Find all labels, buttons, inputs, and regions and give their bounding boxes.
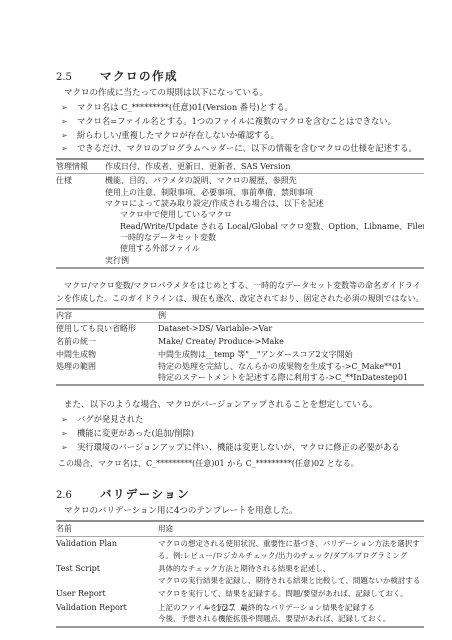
row-content: マクロの想定される使用状況、重要性に基づき、バリデーション方法を選択す る。例:… — [158, 538, 424, 561]
table-row: Test Script 具体的なチェック方法と期待される結果を記述し、 マクロの… — [56, 562, 424, 587]
section-heading-validation: 2.6 バリデーション — [56, 486, 424, 502]
section-heading-macro: 2.5 マクロの作成 — [56, 68, 424, 84]
row-content: マクロを実行して、結果を記録する。問題/要望があれば、記録しておく。 — [158, 588, 424, 600]
macro-intro-paragraph: マクロの作成に当たっての規則は以下になっている。 — [56, 86, 424, 100]
document-page: 2.5 マクロの作成 マクロの作成に当たっての規則は以下になっている。 ➢ マク… — [0, 0, 452, 640]
column-header: 内容 — [56, 311, 158, 322]
table-cell-line: る。例:レビュー/ロジカルチェック/出力のチェック/ダブルプログラミング — [158, 550, 424, 562]
list-item-text: できるだけ、マクロのプログラムヘッダーに、以下の情報を含むマクロの仕様を記述する… — [77, 142, 424, 156]
row-label: 中間生成物 — [56, 350, 158, 361]
row-label: 名前の統一 — [56, 337, 158, 348]
column-header: 名前 — [56, 523, 158, 535]
macro-header-spec-table: 管理情報 作成日付、作成者、更新日、更新者、SAS Version 仕様 機能、… — [56, 158, 424, 269]
naming-guideline-table: 内容 例 使用しても良い省略形 Dataset->DS/ Variable->V… — [56, 308, 424, 387]
table-row: Validation Plan マクロの想定される使用状況、重要性に基づき、バリ… — [56, 537, 424, 562]
table-row: 管理情報 作成日付、作成者、更新日、更新者、SAS Version — [56, 160, 424, 174]
table-row: 処理の範囲 特定の処理を完結し、なんらかの成果物を生成する->C_Make**0… — [56, 361, 424, 384]
row-label: 処理の範囲 — [56, 362, 158, 383]
versionup-case-list: ➢ バグが発見された ➢ 機能に変更があった(追加/削除) ➢ 実行環境のバージ… — [56, 413, 424, 454]
row-content: Dataset->DS/ Variable->Var — [158, 324, 424, 335]
page-content: 2.5 マクロの作成 マクロの作成に当たっての規則は以下になっている。 ➢ マク… — [56, 68, 424, 628]
list-item: ➢ バグが発見された — [61, 413, 424, 427]
list-item: ➢ 実行環境のバージョンアップに伴い、機能は変更しないが、マクロに修正の必要があ… — [61, 441, 424, 455]
column-header: 例 — [158, 311, 424, 322]
list-item-text: バグが発見された — [77, 413, 424, 427]
row-label: 使用しても良い省略形 — [56, 324, 158, 335]
list-item-text: 紛らわしい/重複したマクロが存在しないか確認する。 — [77, 129, 424, 143]
validation-intro-paragraph: マクロのバリデーション用に4つのテンプレートを用意した。 — [56, 504, 424, 518]
list-item: ➢ マクロ名=ファイル名とする。1つのファイルに複数のマクロを含むことはできない… — [61, 115, 424, 129]
page-number: − 127 − — [0, 604, 452, 614]
column-header: 用途 — [158, 523, 424, 535]
table-row: 仕様 機能、目的、パラメタの説明、マクロの履歴、参照先 使用上の注意、制限事項、… — [56, 174, 424, 266]
versionup-note-paragraph: この場合、マクロ名は、C_*********(任意)01 から C_******… — [56, 457, 424, 471]
section-number: 2.5 — [56, 72, 100, 83]
row-content: 作成日付、作成者、更新日、更新者、SAS Version — [105, 161, 424, 172]
versionup-intro-paragraph: また、以下のような場合、マクロがバージョンアップされることを想定している。 — [56, 398, 424, 412]
table-cell-line: マクロ中で使用しているマクロ — [105, 209, 424, 220]
list-item: ➢ できるだけ、マクロのプログラムヘッダーに、以下の情報を含むマクロの仕様を記述… — [61, 142, 424, 156]
macro-rule-list: ➢ マクロ名は C_*********(任意)01(Version 番号)とする… — [56, 101, 424, 156]
table-cell-line: Make/ Create/ Produce->Make — [158, 337, 424, 348]
table-header-row: 内容 例 — [56, 310, 424, 324]
row-label: User Report — [56, 588, 158, 600]
row-content: 特定の処理を完結し、なんらかの成果物を生成する->C_Make**01 特定のス… — [158, 362, 424, 383]
table-cell-line: マクロの想定される使用状況、重要性に基づき、バリデーション方法を選択す — [158, 538, 424, 550]
table-cell-line: 特定のステートメントを記述する際に利用する->C_**InDatestep01 — [158, 373, 424, 384]
arrow-bullet-icon: ➢ — [61, 441, 77, 455]
row-content: 中間生成物は__temp 等"__"アンダースコア2文字開始 — [158, 350, 424, 361]
table-cell-line: 作成日付、作成者、更新日、更新者、SAS Version — [105, 161, 424, 172]
table-cell-line: 使用する外部ファイル — [105, 243, 424, 254]
list-item: ➢ 紛らわしい/重複したマクロが存在しないか確認する。 — [61, 129, 424, 143]
table-cell-line: 一時的なデータセット変数 — [105, 232, 424, 243]
table-row: 名前の統一 Make/ Create/ Produce->Make — [56, 336, 424, 349]
table-cell-line: 特定の処理を完結し、なんらかの成果物を生成する->C_Make**01 — [158, 362, 424, 373]
list-item-text: 機能に変更があった(追加/削除) — [77, 427, 424, 441]
list-item: ➢ マクロ名は C_*********(任意)01(Version 番号)とする… — [61, 101, 424, 115]
table-row: 使用しても良い省略形 Dataset->DS/ Variable->Var — [56, 323, 424, 336]
arrow-bullet-icon: ➢ — [61, 129, 77, 143]
table-cell-line: 中間生成物は__temp 等"__"アンダースコア2文字開始 — [158, 350, 424, 361]
row-label: 管理情報 — [56, 161, 105, 172]
table-cell-line: マクロの実行結果を記録し、期待される結果と比較して、問題ないか検討する — [158, 575, 424, 587]
row-label: Validation Plan — [56, 538, 158, 561]
table-cell-line: マクロによって読み取り設定/作成される場合は、以下を記述 — [105, 198, 424, 209]
list-item-text: マクロ名は C_*********(任意)01(Version 番号)とする。 — [77, 101, 424, 115]
arrow-bullet-icon: ➢ — [61, 101, 77, 115]
section-title: マクロの作成 — [100, 68, 178, 84]
table-cell-line: 具体的なチェック方法と期待される結果を記述し、 — [158, 563, 424, 575]
table-row: 中間生成物 中間生成物は__temp 等"__"アンダースコア2文字開始 — [56, 349, 424, 362]
arrow-bullet-icon: ➢ — [61, 142, 77, 156]
table-cell-line: マクロを実行して、結果を記録する。問題/要望があれば、記録しておく。 — [158, 588, 424, 600]
table-header-row: 名前 用途 — [56, 522, 424, 537]
table-cell-line: 使用上の注意、制限事項、必要事項、事前準備、禁則事項 — [105, 187, 424, 198]
section-title: バリデーション — [100, 486, 190, 502]
table-cell-line: Read/Write/Update される Local/Global マクロ変数… — [105, 221, 424, 232]
row-content: 具体的なチェック方法と期待される結果を記述し、 マクロの実行結果を記録し、期待さ… — [158, 563, 424, 586]
naming-guideline-paragraph: マクロ/マクロ変数/マクロパラメタをはじめとする、一時的なデータセット変数等の命… — [56, 279, 424, 306]
list-item-text: マクロ名=ファイル名とする。1つのファイルに複数のマクロを含むことはできない。 — [77, 115, 424, 129]
list-item-text: 実行環境のバージョンアップに伴い、機能は変更しないが、マクロに修正の必要がある — [77, 441, 424, 455]
row-label: 仕様 — [56, 175, 105, 265]
list-item: ➢ 機能に変更があった(追加/削除) — [61, 427, 424, 441]
section-number: 2.6 — [56, 490, 100, 501]
table-cell-line: Dataset->DS/ Variable->Var — [158, 324, 424, 335]
arrow-bullet-icon: ➢ — [61, 413, 77, 427]
arrow-bullet-icon: ➢ — [61, 427, 77, 441]
row-content: 機能、目的、パラメタの説明、マクロの履歴、参照先 使用上の注意、制限事項、必要事… — [105, 175, 424, 265]
row-label: Test Script — [56, 563, 158, 586]
table-cell-line: 今後、予想される機能拡張や問題点、要望があれば、記録しておく。 — [158, 613, 424, 625]
arrow-bullet-icon: ➢ — [61, 115, 77, 129]
table-cell-line: 実行例 — [105, 255, 424, 266]
table-cell-line: 機能、目的、パラメタの説明、マクロの履歴、参照先 — [105, 175, 424, 186]
table-row: User Report マクロを実行して、結果を記録する。問題/要望があれば、記… — [56, 587, 424, 601]
row-content: Make/ Create/ Produce->Make — [158, 337, 424, 348]
